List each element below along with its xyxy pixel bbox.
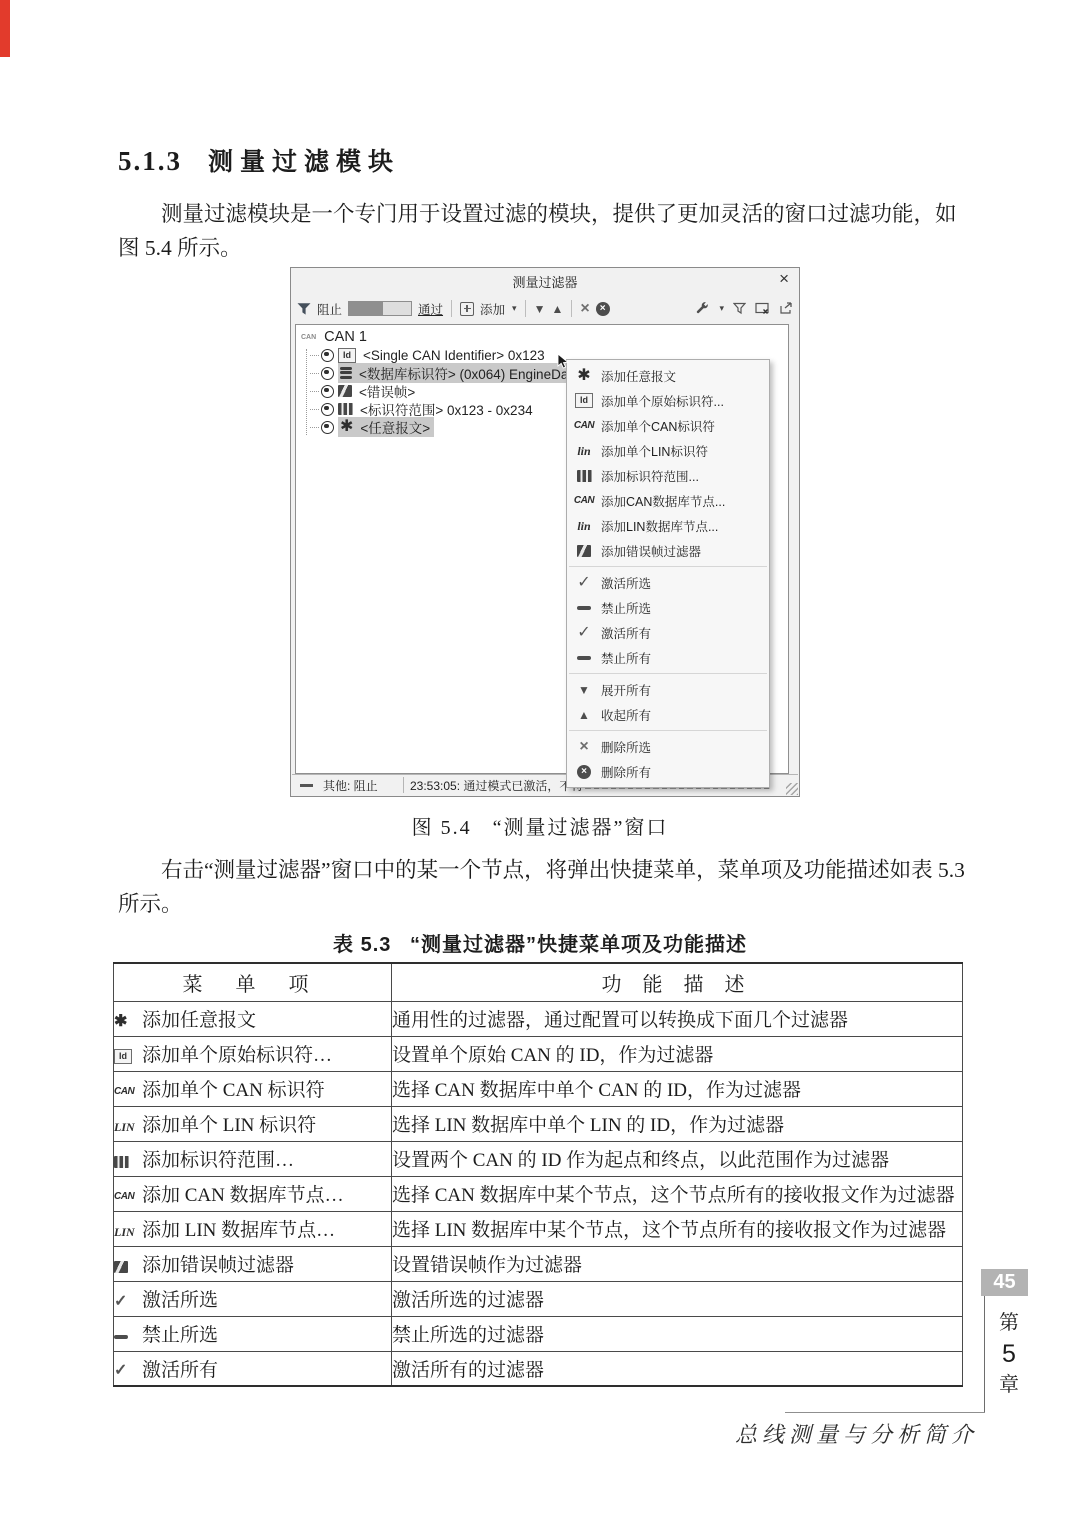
table-header-row: 菜 单 项 功 能 描 述 bbox=[114, 963, 963, 1001]
menu-separator bbox=[569, 566, 767, 567]
function-desc-cell: 激活所有的过滤器 bbox=[392, 1351, 963, 1386]
any-message-icon: ✱ bbox=[340, 419, 353, 435]
section-number: 5.1.3 bbox=[118, 146, 182, 177]
function-desc-cell: 激活所选的过滤器 bbox=[392, 1281, 963, 1316]
menu-item-label: 添加错误帧过滤器 bbox=[601, 542, 701, 560]
slider-knob[interactable] bbox=[349, 302, 383, 315]
export-icon[interactable] bbox=[779, 302, 793, 315]
status-message: 23:53:05: 通过模式已激活，不符 bbox=[410, 777, 583, 794]
function-desc-cell: 通用性的过滤器，通过配置可以转换成下面几个过滤器 bbox=[392, 1001, 963, 1036]
paragraph-line: 右击“测量过滤器”窗口中的某一个节点，将弹出快捷菜单，菜单项及功能描述如表 5.… bbox=[118, 853, 966, 887]
paragraph-intro: 测量过滤模块是一个专门用于设置过滤的模块，提供了更加灵活的窗口过滤功能，如 图 … bbox=[118, 197, 966, 265]
enabled-radio-icon[interactable] bbox=[321, 385, 334, 398]
tree-node-label: <任意报文> bbox=[358, 417, 432, 437]
add-filter-icon[interactable] bbox=[460, 302, 474, 316]
toolbar-separator bbox=[571, 300, 572, 317]
enabled-radio-icon[interactable] bbox=[321, 421, 334, 434]
menu-item-cell: 添加错误帧过滤器 bbox=[142, 1255, 294, 1276]
menu-item-label: 收起所有 bbox=[601, 706, 651, 724]
menu-item-cell: 添加单个原始标识符… bbox=[142, 1045, 332, 1066]
menu-item-label: 禁止所选 bbox=[601, 599, 651, 617]
menu-separator bbox=[569, 673, 767, 674]
enabled-radio-icon[interactable] bbox=[321, 403, 334, 416]
chapter-char: 章 bbox=[994, 1370, 1024, 1401]
window-toolbar: 阻止 通过 添加 ▾ ▼ ▲ × × ▾ bbox=[291, 294, 799, 323]
menu-item-add-lin-db-node[interactable]: lin 添加LIN数据库节点... bbox=[567, 513, 769, 538]
menu-item-label: 添加LIN数据库节点... bbox=[601, 517, 718, 535]
collapse-all-icon: ▲ bbox=[578, 709, 590, 721]
menu-item-cell: 激活所有 bbox=[142, 1360, 218, 1381]
table-row: 添加标识符范围… 设置两个 CAN 的 ID 作为起点和终点，以此范围作为过滤器 bbox=[114, 1141, 963, 1176]
lin-text-icon: lin bbox=[577, 445, 590, 457]
book-page: 5.1.3 测量过滤模块 测量过滤模块是一个专门用于设置过滤的模块，提供了更加灵… bbox=[0, 0, 1080, 1518]
function-desc-cell: 选择 LIN 数据库中某个节点，这个节点所有的接收报文作为过滤器 bbox=[392, 1211, 963, 1246]
selected-highlight: ✱ <任意报文> bbox=[338, 417, 434, 437]
tree-node-label: <标识符范围> 0x123 - 0x234 bbox=[358, 399, 535, 419]
tree-node-label: <Single CAN Identifier> 0x123 bbox=[361, 348, 547, 363]
table-row: Id添加单个原始标识符… 设置单个原始 CAN 的 ID，作为过滤器 bbox=[114, 1036, 963, 1071]
menu-item-label: 添加任意报文 bbox=[601, 367, 676, 385]
id-badge-icon: Id bbox=[575, 393, 593, 408]
chapter-tab: 第 5 章 bbox=[994, 1308, 1024, 1401]
database-icon bbox=[340, 367, 352, 380]
window-title: 测量过滤器 bbox=[512, 272, 577, 291]
menu-item-label: 添加单个LIN标识符 bbox=[601, 442, 708, 460]
menu-item-collapse-all[interactable]: ▲ 收起所有 bbox=[567, 702, 769, 727]
running-footer: 总线测量与分析简介 bbox=[0, 1418, 978, 1449]
lin-text-icon: LIN bbox=[114, 1121, 135, 1133]
pass-label: 通过 bbox=[418, 300, 443, 318]
function-desc-cell: 设置两个 CAN 的 ID 作为起点和终点，以此范围作为过滤器 bbox=[392, 1141, 963, 1176]
function-desc-cell: 设置单个原始 CAN 的 ID，作为过滤器 bbox=[392, 1036, 963, 1071]
table-row: CAN添加 CAN 数据库节点… 选择 CAN 数据库中某个节点，这个节点所有的… bbox=[114, 1176, 963, 1211]
menu-item-cell: 添加 CAN 数据库节点… bbox=[142, 1185, 344, 1206]
toolbar-right-group: ▾ bbox=[695, 302, 793, 316]
check-icon: ✓ bbox=[577, 625, 590, 641]
footer-rule bbox=[785, 1412, 985, 1413]
error-frame-icon bbox=[114, 1261, 128, 1273]
can-channel-icon: CAN bbox=[301, 334, 316, 341]
tree-stub bbox=[310, 373, 319, 374]
function-desc-cell: 设置错误帧作为过滤器 bbox=[392, 1246, 963, 1281]
delete-all-icon: × bbox=[577, 765, 591, 779]
menu-item-cell: 禁止所选 bbox=[142, 1325, 218, 1346]
toolbar-separator bbox=[525, 300, 526, 317]
menu-item-label: 禁止所有 bbox=[601, 649, 651, 667]
window-titlebar[interactable]: 测量过滤器 × bbox=[291, 268, 799, 294]
page-number-badge: 45 bbox=[981, 1269, 1028, 1296]
chapter-tab-line bbox=[984, 1296, 985, 1413]
menu-item-add-can-db-node[interactable]: CAN 添加CAN数据库节点... bbox=[567, 488, 769, 513]
dash-icon bbox=[300, 784, 313, 787]
column-header-function: 功 能 描 述 bbox=[392, 963, 963, 1001]
add-label[interactable]: 添加 bbox=[480, 300, 505, 318]
can-text-icon: CAN bbox=[114, 1087, 134, 1097]
tree-stub bbox=[310, 355, 319, 356]
menu-item-cell: 激活所选 bbox=[142, 1290, 218, 1311]
menu-item-activate-all[interactable]: ✓ 激活所有 bbox=[567, 620, 769, 645]
chapter-char: 第 bbox=[994, 1308, 1024, 1339]
menu-item-cell: 添加单个 LIN 标识符 bbox=[142, 1115, 316, 1136]
lin-text-icon: lin bbox=[577, 520, 590, 532]
menu-item-cell: 添加单个 CAN 标识符 bbox=[142, 1080, 325, 1101]
menu-item-label: 添加单个原始标识符... bbox=[601, 392, 724, 410]
table-row: ✓激活所选 激活所选的过滤器 bbox=[114, 1281, 963, 1316]
table-number: 表 5.3 bbox=[333, 934, 391, 956]
tree-stub bbox=[310, 391, 319, 392]
table-row: LIN添加 LIN 数据库节点… 选择 LIN 数据库中某个节点，这个节点所有的… bbox=[114, 1211, 963, 1246]
menu-item-label: 激活所有 bbox=[601, 624, 651, 642]
menu-item-label: 激活所选 bbox=[601, 574, 651, 592]
id-badge-icon: Id bbox=[338, 348, 356, 363]
check-icon: ✓ bbox=[114, 1363, 127, 1379]
menu-item-label: 添加CAN数据库节点... bbox=[601, 492, 725, 510]
menu-item-label: 删除所选 bbox=[601, 738, 651, 756]
menu-item-label: 添加单个CAN标识符 bbox=[601, 417, 715, 435]
tree-stub bbox=[310, 427, 319, 428]
menu-item-cell: 添加 LIN 数据库节点… bbox=[142, 1220, 335, 1241]
function-desc-cell: 选择 CAN 数据库中单个 CAN 的 ID，作为过滤器 bbox=[392, 1071, 963, 1106]
section-heading: 5.1.3 测量过滤模块 bbox=[118, 142, 400, 178]
table-row: 禁止所选 禁止所选的过滤器 bbox=[114, 1316, 963, 1351]
menu-item-cell: 添加任意报文 bbox=[142, 1010, 256, 1031]
expand-all-icon: ▼ bbox=[578, 684, 590, 696]
mouse-cursor-icon bbox=[557, 354, 572, 370]
can-text-icon: CAN bbox=[114, 1192, 134, 1202]
menu-item-add-any-message[interactable]: ✱ 添加任意报文 bbox=[567, 363, 769, 388]
toolbar-separator bbox=[451, 300, 452, 317]
id-range-icon bbox=[114, 1156, 129, 1168]
context-menu: ✱ 添加任意报文 Id 添加单个原始标识符... CAN 添加单个CAN标识符 … bbox=[566, 359, 770, 788]
menu-item-label: 展开所有 bbox=[601, 681, 651, 699]
menu-item-disable-all[interactable]: 禁止所有 bbox=[567, 645, 769, 670]
enabled-radio-icon[interactable] bbox=[321, 367, 334, 380]
check-icon: ✓ bbox=[114, 1294, 127, 1310]
close-icon[interactable]: × bbox=[779, 269, 789, 289]
any-message-icon: ✱ bbox=[577, 368, 590, 384]
menu-item-delete-selected[interactable]: × 删除所选 bbox=[567, 734, 769, 759]
can-text-icon: CAN bbox=[574, 421, 594, 431]
menu-item-label: 删除所有 bbox=[601, 763, 651, 781]
tree-node-label: <错误帧> bbox=[357, 381, 417, 401]
page-edge-red-mark bbox=[0, 0, 10, 57]
menu-item-add-lin-identifier[interactable]: lin 添加单个LIN标识符 bbox=[567, 438, 769, 463]
delete-all-icon[interactable]: × bbox=[596, 302, 610, 316]
function-desc-cell: 选择 LIN 数据库中单个 LIN 的 ID，作为过滤器 bbox=[392, 1106, 963, 1141]
table-row: ✱添加任意报文 通用性的过滤器，通过配置可以转换成下面几个过滤器 bbox=[114, 1001, 963, 1036]
enabled-radio-icon[interactable] bbox=[321, 349, 334, 362]
tree-node-label: <数据库标识符> (0x064) EngineDat bbox=[357, 363, 574, 383]
dash-icon bbox=[114, 1335, 128, 1339]
figure-caption: 图 5.4 “测量过滤器”窗口 bbox=[0, 811, 1080, 840]
menu-item-activate-selected[interactable]: ✓ 激活所选 bbox=[567, 570, 769, 595]
id-range-icon bbox=[338, 403, 353, 415]
menu-item-add-id-range[interactable]: 添加标识符范围... bbox=[567, 463, 769, 488]
block-pass-slider[interactable] bbox=[348, 301, 412, 316]
paragraph-table-intro: 右击“测量过滤器”窗口中的某一个节点，将弹出快捷菜单，菜单项及功能描述如表 5.… bbox=[118, 853, 966, 921]
tree-node-can1[interactable]: CAN CAN 1 bbox=[296, 328, 788, 346]
filter-outline-icon[interactable] bbox=[733, 302, 746, 315]
menu-item-expand-all[interactable]: ▼ 展开所有 bbox=[567, 677, 769, 702]
delete-icon: × bbox=[579, 739, 588, 755]
table-row: LIN添加单个 LIN 标识符 选择 LIN 数据库中单个 LIN 的 ID，作… bbox=[114, 1106, 963, 1141]
move-down-icon[interactable]: ▼ bbox=[534, 303, 546, 315]
check-icon: ✓ bbox=[577, 575, 590, 591]
lin-text-icon: LIN bbox=[114, 1226, 135, 1238]
paragraph-line: 测量过滤模块是一个专门用于设置过滤的模块，提供了更加灵活的窗口过滤功能，如 bbox=[118, 197, 966, 231]
tree-stub bbox=[310, 409, 319, 410]
table-row: 添加错误帧过滤器 设置错误帧作为过滤器 bbox=[114, 1246, 963, 1281]
delete-icon[interactable]: × bbox=[580, 301, 589, 317]
menu-item-add-can-identifier[interactable]: CAN 添加单个CAN标识符 bbox=[567, 413, 769, 438]
resize-grip[interactable] bbox=[786, 783, 798, 795]
block-label: 阻止 bbox=[317, 300, 342, 318]
chevron-down-icon[interactable]: ▾ bbox=[512, 303, 517, 314]
figure-caption-text: “测量过滤器”窗口 bbox=[493, 817, 669, 839]
paragraph-line: 所示。 bbox=[118, 887, 966, 921]
function-desc-cell: 禁止所选的过滤器 bbox=[392, 1316, 963, 1351]
chapter-number: 5 bbox=[994, 1339, 1024, 1370]
measurement-filter-window: 测量过滤器 × 阻止 通过 添加 ▾ ▼ ▲ × × ▾ bbox=[290, 267, 800, 797]
tree-node-label: CAN 1 bbox=[322, 329, 369, 345]
id-badge-icon: Id bbox=[114, 1049, 132, 1064]
menu-item-label: 添加标识符范围... bbox=[601, 467, 699, 485]
filter-icon[interactable] bbox=[297, 302, 311, 316]
menu-function-table: 菜 单 项 功 能 描 述 ✱添加任意报文 通用性的过滤器，通过配置可以转换成下… bbox=[113, 962, 963, 1387]
menu-separator bbox=[569, 730, 767, 731]
dash-icon bbox=[577, 606, 591, 610]
chevron-down-icon[interactable]: ▾ bbox=[719, 303, 724, 314]
menu-item-delete-all[interactable]: × 删除所有 bbox=[567, 759, 769, 784]
id-range-icon bbox=[577, 470, 592, 482]
menu-item-cell: 添加标识符范围… bbox=[142, 1150, 294, 1171]
error-frame-icon bbox=[577, 545, 591, 557]
column-header-menu-item: 菜 单 项 bbox=[114, 963, 392, 1001]
move-up-icon[interactable]: ▲ bbox=[551, 303, 563, 315]
error-frame-icon bbox=[338, 385, 352, 397]
status-other: 其他: 阻止 bbox=[323, 777, 403, 794]
table-title: 表 5.3 “测量过滤器”快捷菜单项及功能描述 bbox=[0, 928, 1080, 957]
table-title-text: “测量过滤器”快捷菜单项及功能描述 bbox=[410, 934, 747, 956]
can-text-icon: CAN bbox=[574, 496, 594, 506]
figure-caption-number: 图 5.4 bbox=[412, 817, 472, 839]
function-desc-cell: 选择 CAN 数据库中某个节点，这个节点所有的接收报文作为过滤器 bbox=[392, 1176, 963, 1211]
table-row: CAN添加单个 CAN 标识符 选择 CAN 数据库中单个 CAN 的 ID，作… bbox=[114, 1071, 963, 1106]
section-title: 测量过滤模块 bbox=[208, 142, 400, 178]
menu-item-disable-selected[interactable]: 禁止所选 bbox=[567, 595, 769, 620]
paragraph-line: 图 5.4 所示。 bbox=[118, 231, 966, 265]
dash-icon bbox=[577, 656, 591, 660]
any-message-icon: ✱ bbox=[114, 1014, 127, 1030]
menu-item-add-error-frame-filter[interactable]: 添加错误帧过滤器 bbox=[567, 538, 769, 563]
table-row: ✓激活所有 激活所有的过滤器 bbox=[114, 1351, 963, 1386]
menu-item-add-raw-identifier[interactable]: Id 添加单个原始标识符... bbox=[567, 388, 769, 413]
selected-highlight: <数据库标识符> (0x064) EngineDat bbox=[338, 363, 576, 383]
statusbar-divider bbox=[403, 777, 404, 793]
settings-wrench-icon[interactable] bbox=[695, 302, 709, 316]
clear-window-icon[interactable] bbox=[755, 302, 770, 315]
